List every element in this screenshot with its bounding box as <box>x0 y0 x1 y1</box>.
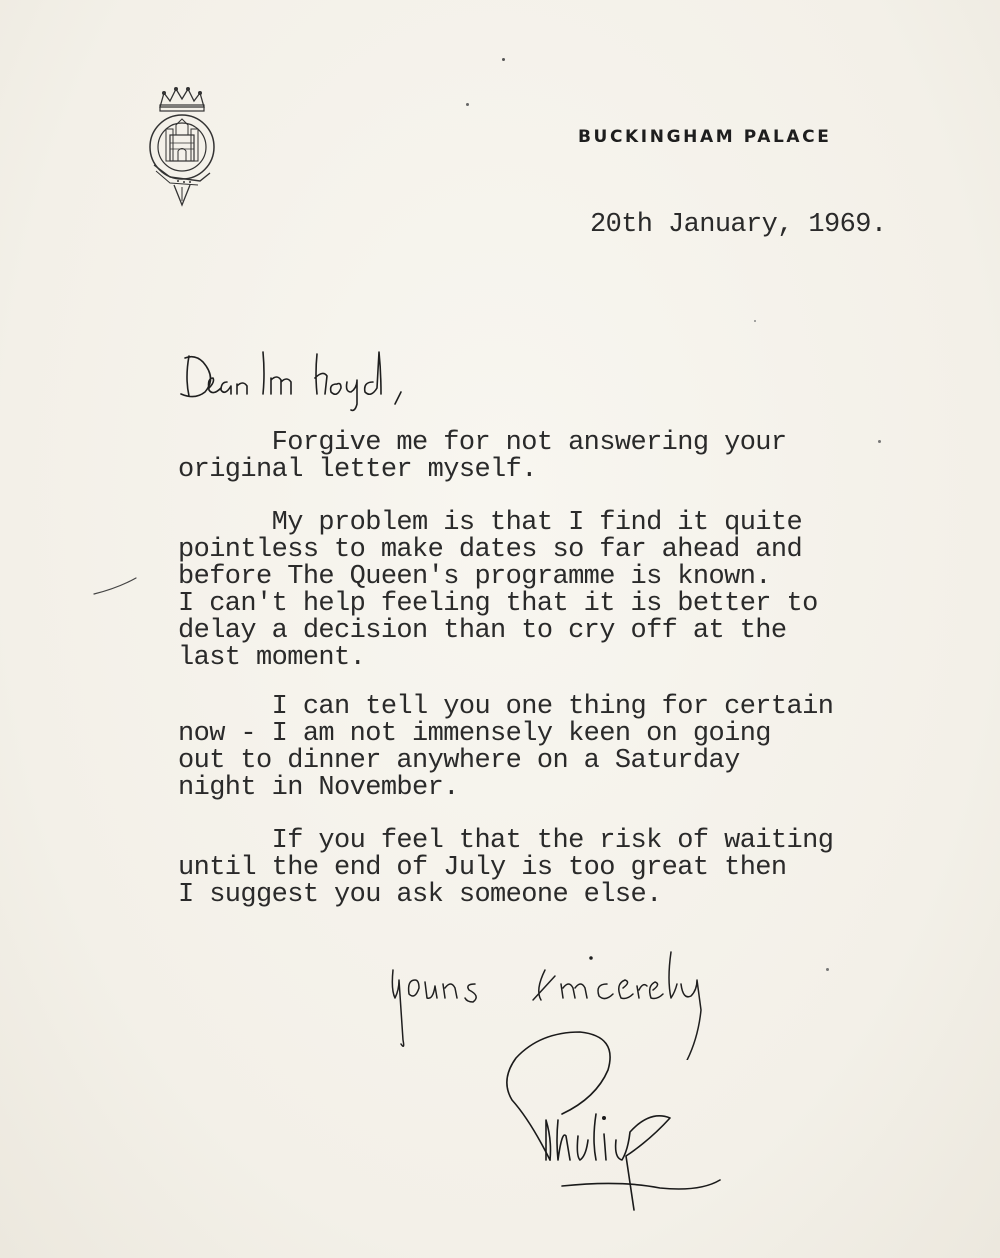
crest-motto: HONI SOIT QUI MAL Y PENSE <box>0 0 1 1</box>
text-line: until the end of July is too great then <box>178 855 833 882</box>
paragraph-4: If you feel that the risk of waitingunti… <box>178 828 833 909</box>
text-line: Forgive me for not answering your <box>178 430 787 457</box>
paper-speck <box>466 103 469 106</box>
text-line: I can't help feeling that it is better t… <box>178 591 818 618</box>
closing-text: Yours sincerely <box>0 0 1 1</box>
text-line: pointless to make dates so far ahead and <box>178 537 818 564</box>
royal-crest-icon <box>140 85 225 210</box>
text-line: delay a decision than to cry off at the <box>178 618 818 645</box>
text-line: now - I am not immensely keen on going <box>178 721 833 748</box>
paper-speck <box>754 320 756 322</box>
text-line: night in November. <box>178 775 833 802</box>
text-line: before The Queen's programme is known. <box>178 564 818 591</box>
text-line: last moment. <box>178 645 818 672</box>
text-line: I suggest you ask someone else. <box>178 882 833 909</box>
paragraph-2: My problem is that I find it quitepointl… <box>178 510 818 672</box>
stray-pen-mark-icon <box>90 570 140 600</box>
letter-date: 20th January, 1969. <box>590 212 886 239</box>
letter-paper: HONI SOIT QUI MAL Y PENSE BUCKINGHAM PAL… <box>0 0 1000 1258</box>
paragraph-3: I can tell you one thing for certainnow … <box>178 694 833 802</box>
letterhead-address: BUCKINGHAM PALACE <box>578 127 831 147</box>
salutation-text: Dear Mr Lloyd, <box>0 0 1 1</box>
text-line: original letter myself. <box>178 457 787 484</box>
paper-speck <box>878 440 881 443</box>
handwritten-signature <box>500 1010 770 1230</box>
paragraph-1: Forgive me for not answering yourorigina… <box>178 430 787 484</box>
paper-speck <box>826 968 829 971</box>
handwritten-salutation <box>175 348 475 423</box>
text-line: I can tell you one thing for certain <box>178 694 833 721</box>
paper-speck <box>502 58 505 61</box>
text-line: My problem is that I find it quite <box>178 510 818 537</box>
text-line: If you feel that the risk of waiting <box>178 828 833 855</box>
text-line: out to dinner anywhere on a Saturday <box>178 748 833 775</box>
signature-text: Philip <box>0 0 1 1</box>
